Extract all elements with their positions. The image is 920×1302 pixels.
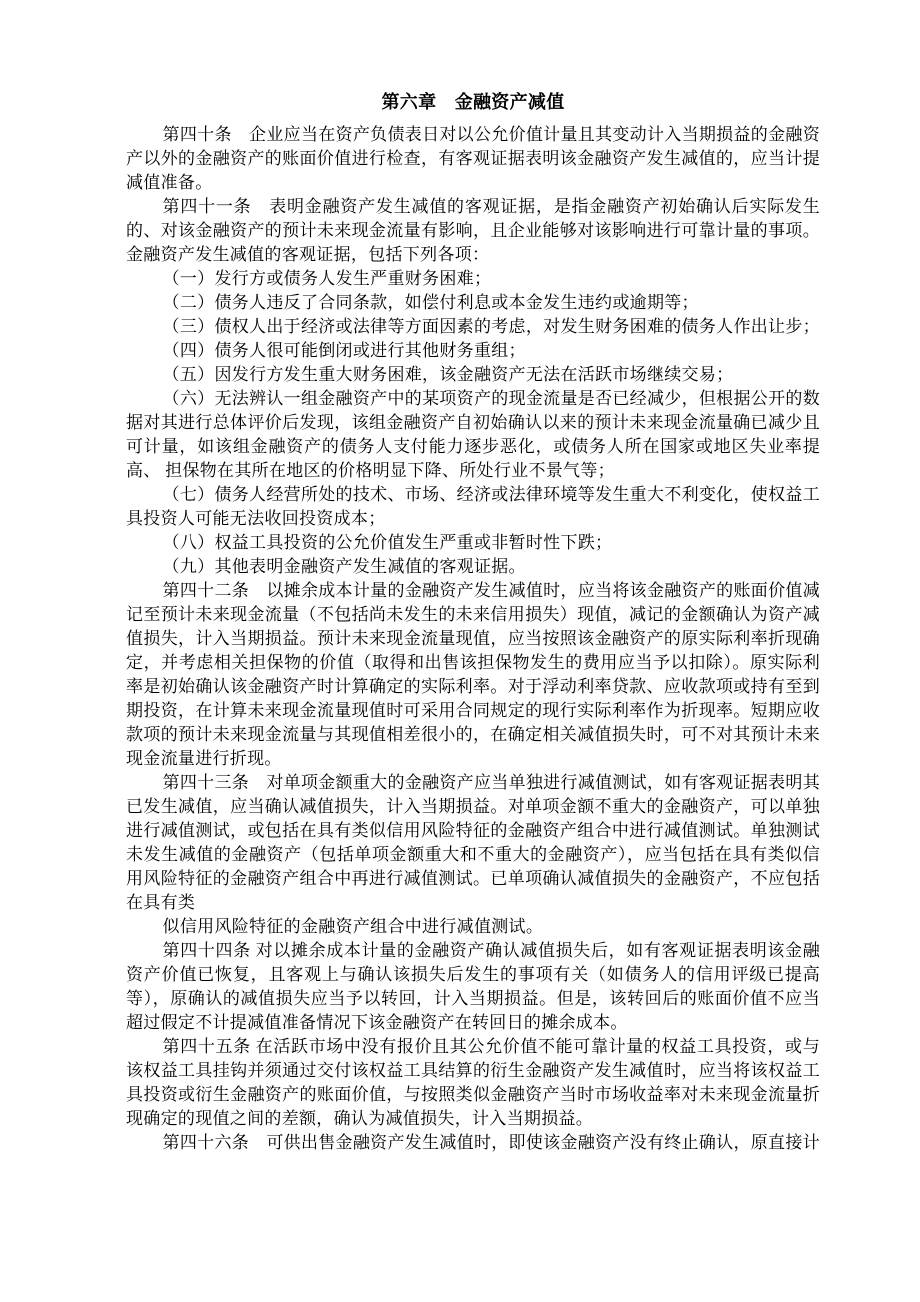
paragraph-article-45: 第四十五条 在活跃市场中没有报价且其公允价值不能可靠计量的权益工具投资，或与该权… bbox=[126, 1035, 820, 1131]
clause-item-7: （七）债务人经营所处的技术、市场、经济或法律环境等发生重大不利变化，使权益工 具… bbox=[126, 483, 820, 531]
clause-item-4: （四）债务人很可能倒闭或进行其他财务重组； bbox=[126, 339, 820, 363]
paragraph-article-41: 第四十一条 表明金融资产发生减值的客观证据，是指金融资产初始确认后实际发生的、对… bbox=[126, 195, 820, 267]
paragraph-article-40: 第四十条 企业应当在资产负债表日对以公允价值计量且其变动计入当期损益的金融资产以… bbox=[126, 123, 820, 195]
paragraph-article-43-continuation: 似信用风险特征的金融资产组合中进行减值测试。 bbox=[126, 915, 820, 939]
document-page: 第六章 金融资产减值 第四十条 企业应当在资产负债表日对以公允价值计量且其变动计… bbox=[0, 0, 920, 1302]
clause-item-1: （一）发行方或债务人发生严重财务困难； bbox=[126, 267, 820, 291]
paragraph-article-44: 第四十四条 对以摊余成本计量的金融资产确认减值损失后，如有客观证据表明该金融资产… bbox=[126, 939, 820, 1035]
paragraph-article-42: 第四十二条 以摊余成本计量的金融资产发生减值时，应当将该金融资产的账面价值减记至… bbox=[126, 579, 820, 771]
paragraph-article-46: 第四十六条 可供出售金融资产发生减值时，即使该金融资产没有终止确认，原直接计 bbox=[126, 1131, 820, 1155]
clause-item-6: （六）无法辨认一组金融资产中的某项资产的现金流量是否已经减少，但根据公开的数 据… bbox=[126, 387, 820, 483]
clause-item-5: （五）因发行方发生重大财务困难，该金融资产无法在活跃市场继续交易； bbox=[126, 363, 820, 387]
clause-item-8: （八）权益工具投资的公允价值发生严重或非暂时性下跌； bbox=[126, 531, 820, 555]
paragraph-article-43: 第四十三条 对单项金额重大的金融资产应当单独进行减值测试，如有客观证据表明其已发… bbox=[126, 771, 820, 915]
clause-item-3: （三）债权人出于经济或法律等方面因素的考虑，对发生财务困难的债务人作出让步； bbox=[126, 315, 820, 339]
clause-item-2: （二）债务人违反了合同条款，如偿付利息或本金发生违约或逾期等； bbox=[126, 291, 820, 315]
document-body: 第六章 金融资产减值 第四十条 企业应当在资产负债表日对以公允价值计量且其变动计… bbox=[126, 90, 820, 1155]
clause-item-9: （九）其他表明金融资产发生减值的客观证据。 bbox=[126, 555, 820, 579]
chapter-title: 第六章 金融资产减值 bbox=[126, 90, 820, 114]
